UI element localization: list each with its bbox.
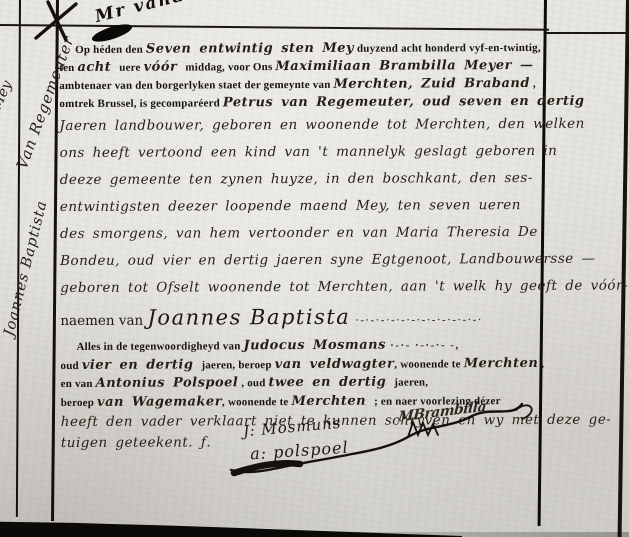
handwritten-insert: vóór [144, 60, 186, 75]
printed-text: jaeren, beroep [201, 359, 274, 371]
act-line: des smorgens, van hem vertoonder en van … [60, 219, 544, 248]
handwritten-text: naemen van [60, 313, 147, 329]
handwritten-insert: Petrus van Regemeuter, oud seven en dert… [223, 94, 585, 111]
handwritten-insert: Maximiliaan Brambilla Meyer — [275, 58, 533, 74]
handwritten-insert: van Wagemaker [97, 394, 222, 410]
printed-text: , woonende te [222, 396, 291, 408]
registrar-paraph-blot [234, 463, 300, 473]
act-text-block: Op héden den Seven entwintig sten Mey du… [59, 39, 545, 454]
act-line: entwintigsten deezer loopende maend Mey,… [60, 192, 544, 221]
act-line: oud vier en dertig jaeren, beroep van ve… [60, 354, 544, 375]
printed-text: , woonende te [394, 358, 463, 370]
handwritten-text: tuigen geteekent. ƒ. [61, 434, 211, 451]
printed-text: duyzend acht honderd vyf-en-twintig, [354, 42, 541, 55]
handwritten-text: entwintigsten deezer loopende maend Mey,… [60, 197, 521, 215]
printed-text: uere [119, 62, 143, 74]
act-line: en van Antonius Polspoel , oud twee en d… [61, 373, 545, 394]
handwritten-insert: twee en dertig [268, 375, 394, 391]
act-line: omtrek Brussel, is gecomparéerd Petrus v… [59, 93, 543, 113]
previous-act-signature-fragment: Mr vand [93, 0, 188, 27]
margin-note-month: Mey [0, 51, 28, 112]
top-rule-right [546, 32, 629, 34]
right-rule-outer [618, 0, 629, 537]
handwritten-insert: Antonius Polspoel [96, 375, 239, 391]
printed-text: ten [59, 62, 77, 74]
scanned-birth-record-page: Mr vand Mey Van Regemeuter Joannes Bapti… [0, 0, 629, 537]
handwritten-insert: vier en dertig [82, 357, 202, 373]
act-line: ten acht uere vóór middag, voor Ons Maxi… [59, 57, 543, 77]
printed-text: , oud [238, 377, 268, 389]
handwritten-text: ons heeft vertoond een kind van 't manne… [60, 143, 558, 161]
act-line: deeze gemeente ten zynen huyze, in den b… [60, 165, 544, 194]
handwritten-insert: van veldwagter [275, 356, 395, 372]
act-line: Op héden den Seven entwintig sten Mey du… [59, 39, 543, 59]
handwritten-insert: Merchten [464, 355, 539, 370]
scan-edge-band [0, 521, 462, 537]
handwritten-text: des smorgens, van hem vertoonder en van … [60, 224, 538, 242]
printed-text: beroep [61, 396, 97, 408]
act-line: naemen van Joannes Baptista ·-·-·-·-·-·-… [60, 300, 544, 338]
printed-text: jaeren, [394, 376, 428, 388]
handwritten-insert: Merchten, Zuid Braband [333, 76, 530, 92]
margin-note-child-name: Joannes Baptista [1, 134, 66, 338]
printed-text: omtrek Brussel, is gecomparéerd [59, 97, 223, 110]
act-line: ons heeft vertoond een kind van 't manne… [60, 138, 544, 167]
handwritten-insert: Judocus Mosmans [243, 338, 385, 354]
handwritten-insert: Seven entwintig sten Mey [146, 41, 354, 57]
handwritten-insert: acht [77, 60, 119, 75]
printed-text: ambtenaer van den borgerlyken staet der … [59, 79, 333, 92]
printed-text: , [530, 78, 536, 90]
child-name-text: Joannes Baptista [147, 305, 350, 330]
ink-filler-dots: ·-·-·-·-·-·-·-·-·-·-·-·-· [350, 313, 483, 327]
act-line: Alles in de tegenwoordigheyd van Judocus… [60, 336, 544, 357]
printed-text: , [538, 357, 544, 369]
handwritten-text: deeze gemeente ten zynen huyze, in den b… [60, 170, 533, 188]
handwritten-text: Bondeu, oud vier en dertig jaeren syne E… [60, 251, 596, 269]
printed-text: oud [60, 359, 81, 371]
handwritten-text: geboren tot Ofselt woonende tot Merchten… [60, 278, 628, 296]
printed-text: middag, voor Ons [185, 61, 275, 73]
printed-text: en van [61, 378, 96, 390]
act-line: ambtenaer van den borgerlyken staet der … [59, 75, 543, 95]
handwritten-insert: Merchten [291, 393, 374, 408]
handwritten-text: Jaeren landbouwer, geboren en woonende t… [59, 116, 584, 134]
act-line: geboren tot Ofselt woonende tot Merchten… [60, 273, 544, 302]
printed-text: Alles in de tegenwoordigheyd van [76, 340, 243, 353]
ink-filler-dots: ·-·- ·-·-·- -, [386, 339, 460, 351]
act-line: Bondeu, oud vier en dertig jaeren syne E… [60, 246, 544, 275]
act-line: Jaeren landbouwer, geboren en woonende t… [59, 111, 543, 140]
printed-text: Op héden den [75, 44, 146, 56]
